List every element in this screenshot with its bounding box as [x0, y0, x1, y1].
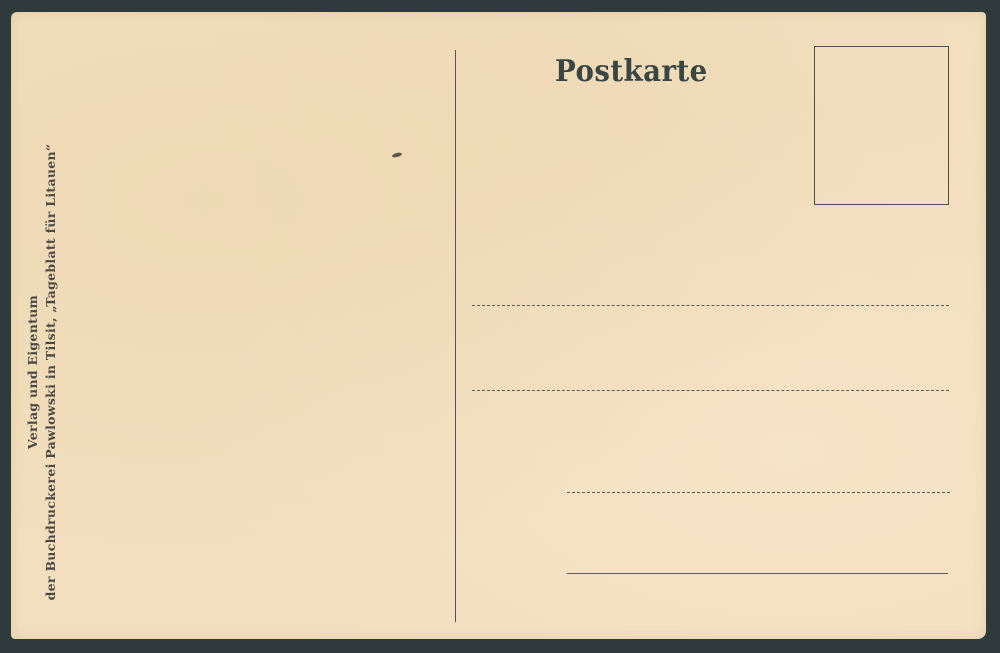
publisher-imprint: Verlag und Eigentum der Buchdruckerei Pa…	[24, 92, 76, 652]
publisher-line-2: der Buchdruckerei Pawlowski in Tilsit, „…	[42, 92, 60, 652]
postcard-title: Postkarte	[555, 54, 708, 89]
address-line-3	[567, 492, 950, 493]
publisher-line-1: Verlag und Eigentum	[24, 92, 42, 652]
address-line-1	[472, 305, 949, 306]
address-line-2	[472, 390, 949, 391]
address-line-4	[567, 573, 948, 574]
stamp-box	[814, 46, 949, 205]
center-divider	[455, 50, 456, 622]
